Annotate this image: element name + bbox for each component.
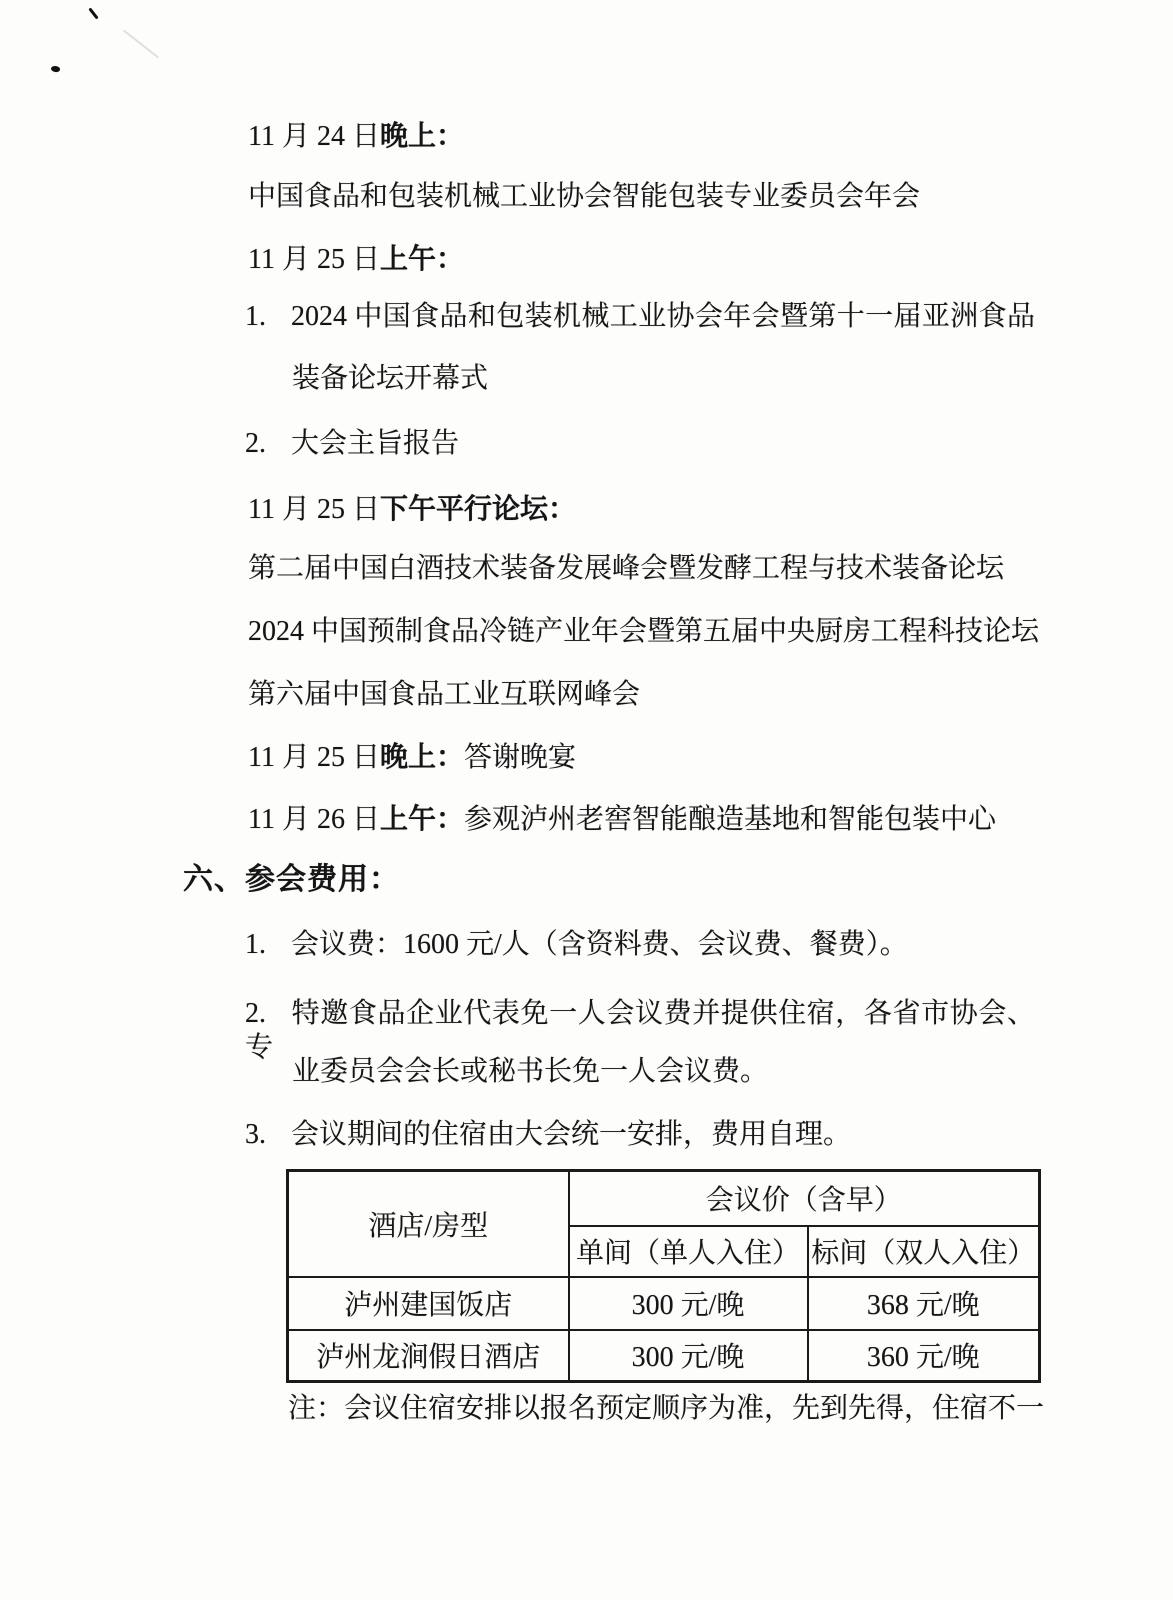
note-line: 注：会议住宿安排以报名预定顺序为准，先到先得，住宿不一 (288, 1392, 1044, 1426)
item-number: 1. (245, 928, 291, 962)
scan-stroke-mark (88, 7, 98, 19)
single-price-cell: 300 元/晚 (569, 1330, 808, 1382)
date-text: 11 月 26 日 (248, 804, 380, 835)
item-number: 2. (245, 997, 291, 1031)
date-heading-nov26-morning: 11 月 26 日上午：参观泸州老窖智能酿造基地和智能包装中心 (248, 802, 996, 837)
date-heading-nov25-afternoon-forums: 11 月 25 日下午平行论坛： (248, 492, 576, 527)
forum-line-prefab-food: 2024 中国预制食品冷链产业年会暨第五届中央厨房工程科技论坛 (248, 615, 1039, 649)
forum-line-baijiu-summit: 第二届中国白酒技术装备发展峰会暨发酵工程与技术装备论坛 (248, 552, 1004, 586)
agenda-item-2: 2.大会主旨报告 (245, 427, 459, 461)
agenda-item-1-continued: 装备论坛开幕式 (292, 362, 488, 396)
event-text: 第二届中国白酒技术装备发展峰会暨发酵工程与技术装备论坛 (248, 553, 1004, 584)
double-price-cell: 368 元/晚 (808, 1277, 1040, 1330)
double-price-cell: 360 元/晚 (808, 1330, 1040, 1382)
date-text: 11 月 25 日 (248, 244, 380, 275)
date-heading-nov25-evening: 11 月 25 日晚上：答谢晚宴 (248, 740, 576, 775)
time-emphasis: 下午平行论坛： (380, 493, 576, 524)
forum-line-food-internet-summit: 第六届中国食品工业互联网峰会 (248, 678, 640, 712)
table-price-header-cell: 会议价（含早） (569, 1171, 1040, 1226)
time-emphasis: 上午： (380, 803, 464, 834)
item-text: 2024 中国食品和包装机械工业协会年会暨第十一届亚洲食品 (291, 301, 1035, 332)
time-emphasis: 上午： (380, 243, 464, 274)
table-row: 泸州龙涧假日酒店 300 元/晚 360 元/晚 (288, 1330, 1040, 1382)
item-text: 特邀食品企业代表免一人会议费并提供住宿，各省市协会、专 (245, 998, 1035, 1063)
item-number: 1. (245, 300, 291, 334)
time-emphasis: 晚上： (380, 741, 464, 772)
item-text: 业委员会会长或秘书长免一人会议费。 (292, 1056, 768, 1087)
note-text: 注：会议住宿安排以报名预定顺序为准，先到先得，住宿不一 (288, 1393, 1044, 1424)
fee-item-2-continued: 业委员会会长或秘书长免一人会议费。 (292, 1055, 768, 1089)
event-text: 2024 中国预制食品冷链产业年会暨第五届中央厨房工程科技论坛 (248, 616, 1039, 647)
event-text: 参观泸州老窖智能酿造基地和智能包装中心 (464, 804, 996, 835)
item-text: 会议期间的住宿由大会统一安排，费用自理。 (291, 1119, 851, 1150)
event-text: 中国食品和包装机械工业协会智能包装专业委员会年会 (248, 181, 920, 212)
table-row: 泸州建国饭店 300 元/晚 368 元/晚 (288, 1277, 1040, 1330)
event-line-smart-packaging-annual: 中国食品和包装机械工业协会智能包装专业委员会年会 (248, 180, 920, 214)
time-emphasis: 晚上： (380, 120, 464, 151)
agenda-item-1: 1.2024 中国食品和包装机械工业协会年会暨第十一届亚洲食品 (245, 300, 1035, 334)
table-corner-cell: 酒店/房型 (288, 1171, 569, 1277)
item-number: 2. (245, 427, 291, 461)
date-heading-nov24-evening: 11 月 24 日晚上： (248, 119, 464, 154)
item-number: 3. (245, 1118, 291, 1152)
fee-item-3: 3.会议期间的住宿由大会统一安排，费用自理。 (245, 1118, 851, 1152)
item-text: 大会主旨报告 (291, 428, 459, 459)
event-text: 答谢晚宴 (464, 742, 576, 773)
table-col-double-header: 标间（双人入住） (808, 1226, 1040, 1277)
date-heading-nov25-morning: 11 月 25 日上午： (248, 242, 464, 277)
hotel-price-table: 酒店/房型 会议价（含早） 单间（单人入住） 标间（双人入住） 泸州建国饭店 3… (286, 1169, 1041, 1383)
scanned-document-page: 11 月 24 日晚上： 中国食品和包装机械工业协会智能包装专业委员会年会 11… (0, 0, 1173, 1600)
single-price-cell: 300 元/晚 (569, 1277, 808, 1330)
hotel-name-cell: 泸州龙涧假日酒店 (288, 1330, 569, 1382)
scan-smear-mark (123, 30, 159, 59)
date-text: 11 月 24 日 (248, 121, 380, 152)
event-text: 第六届中国食品工业互联网峰会 (248, 679, 640, 710)
table-col-single-header: 单间（单人入住） (569, 1226, 808, 1277)
date-text: 11 月 25 日 (248, 742, 380, 773)
section-heading-fees: 六、参会费用： (183, 862, 400, 898)
hotel-name-cell: 泸州建国饭店 (288, 1277, 569, 1330)
date-text: 11 月 25 日 (248, 494, 380, 525)
item-text: 会议费：1600 元/人（含资料费、会议费、餐费）。 (291, 929, 908, 960)
scan-speck-mark (50, 65, 60, 73)
item-text: 装备论坛开幕式 (292, 363, 488, 394)
section-title: 六、参会费用： (183, 863, 400, 896)
fee-item-1: 1.会议费：1600 元/人（含资料费、会议费、餐费）。 (245, 928, 908, 962)
